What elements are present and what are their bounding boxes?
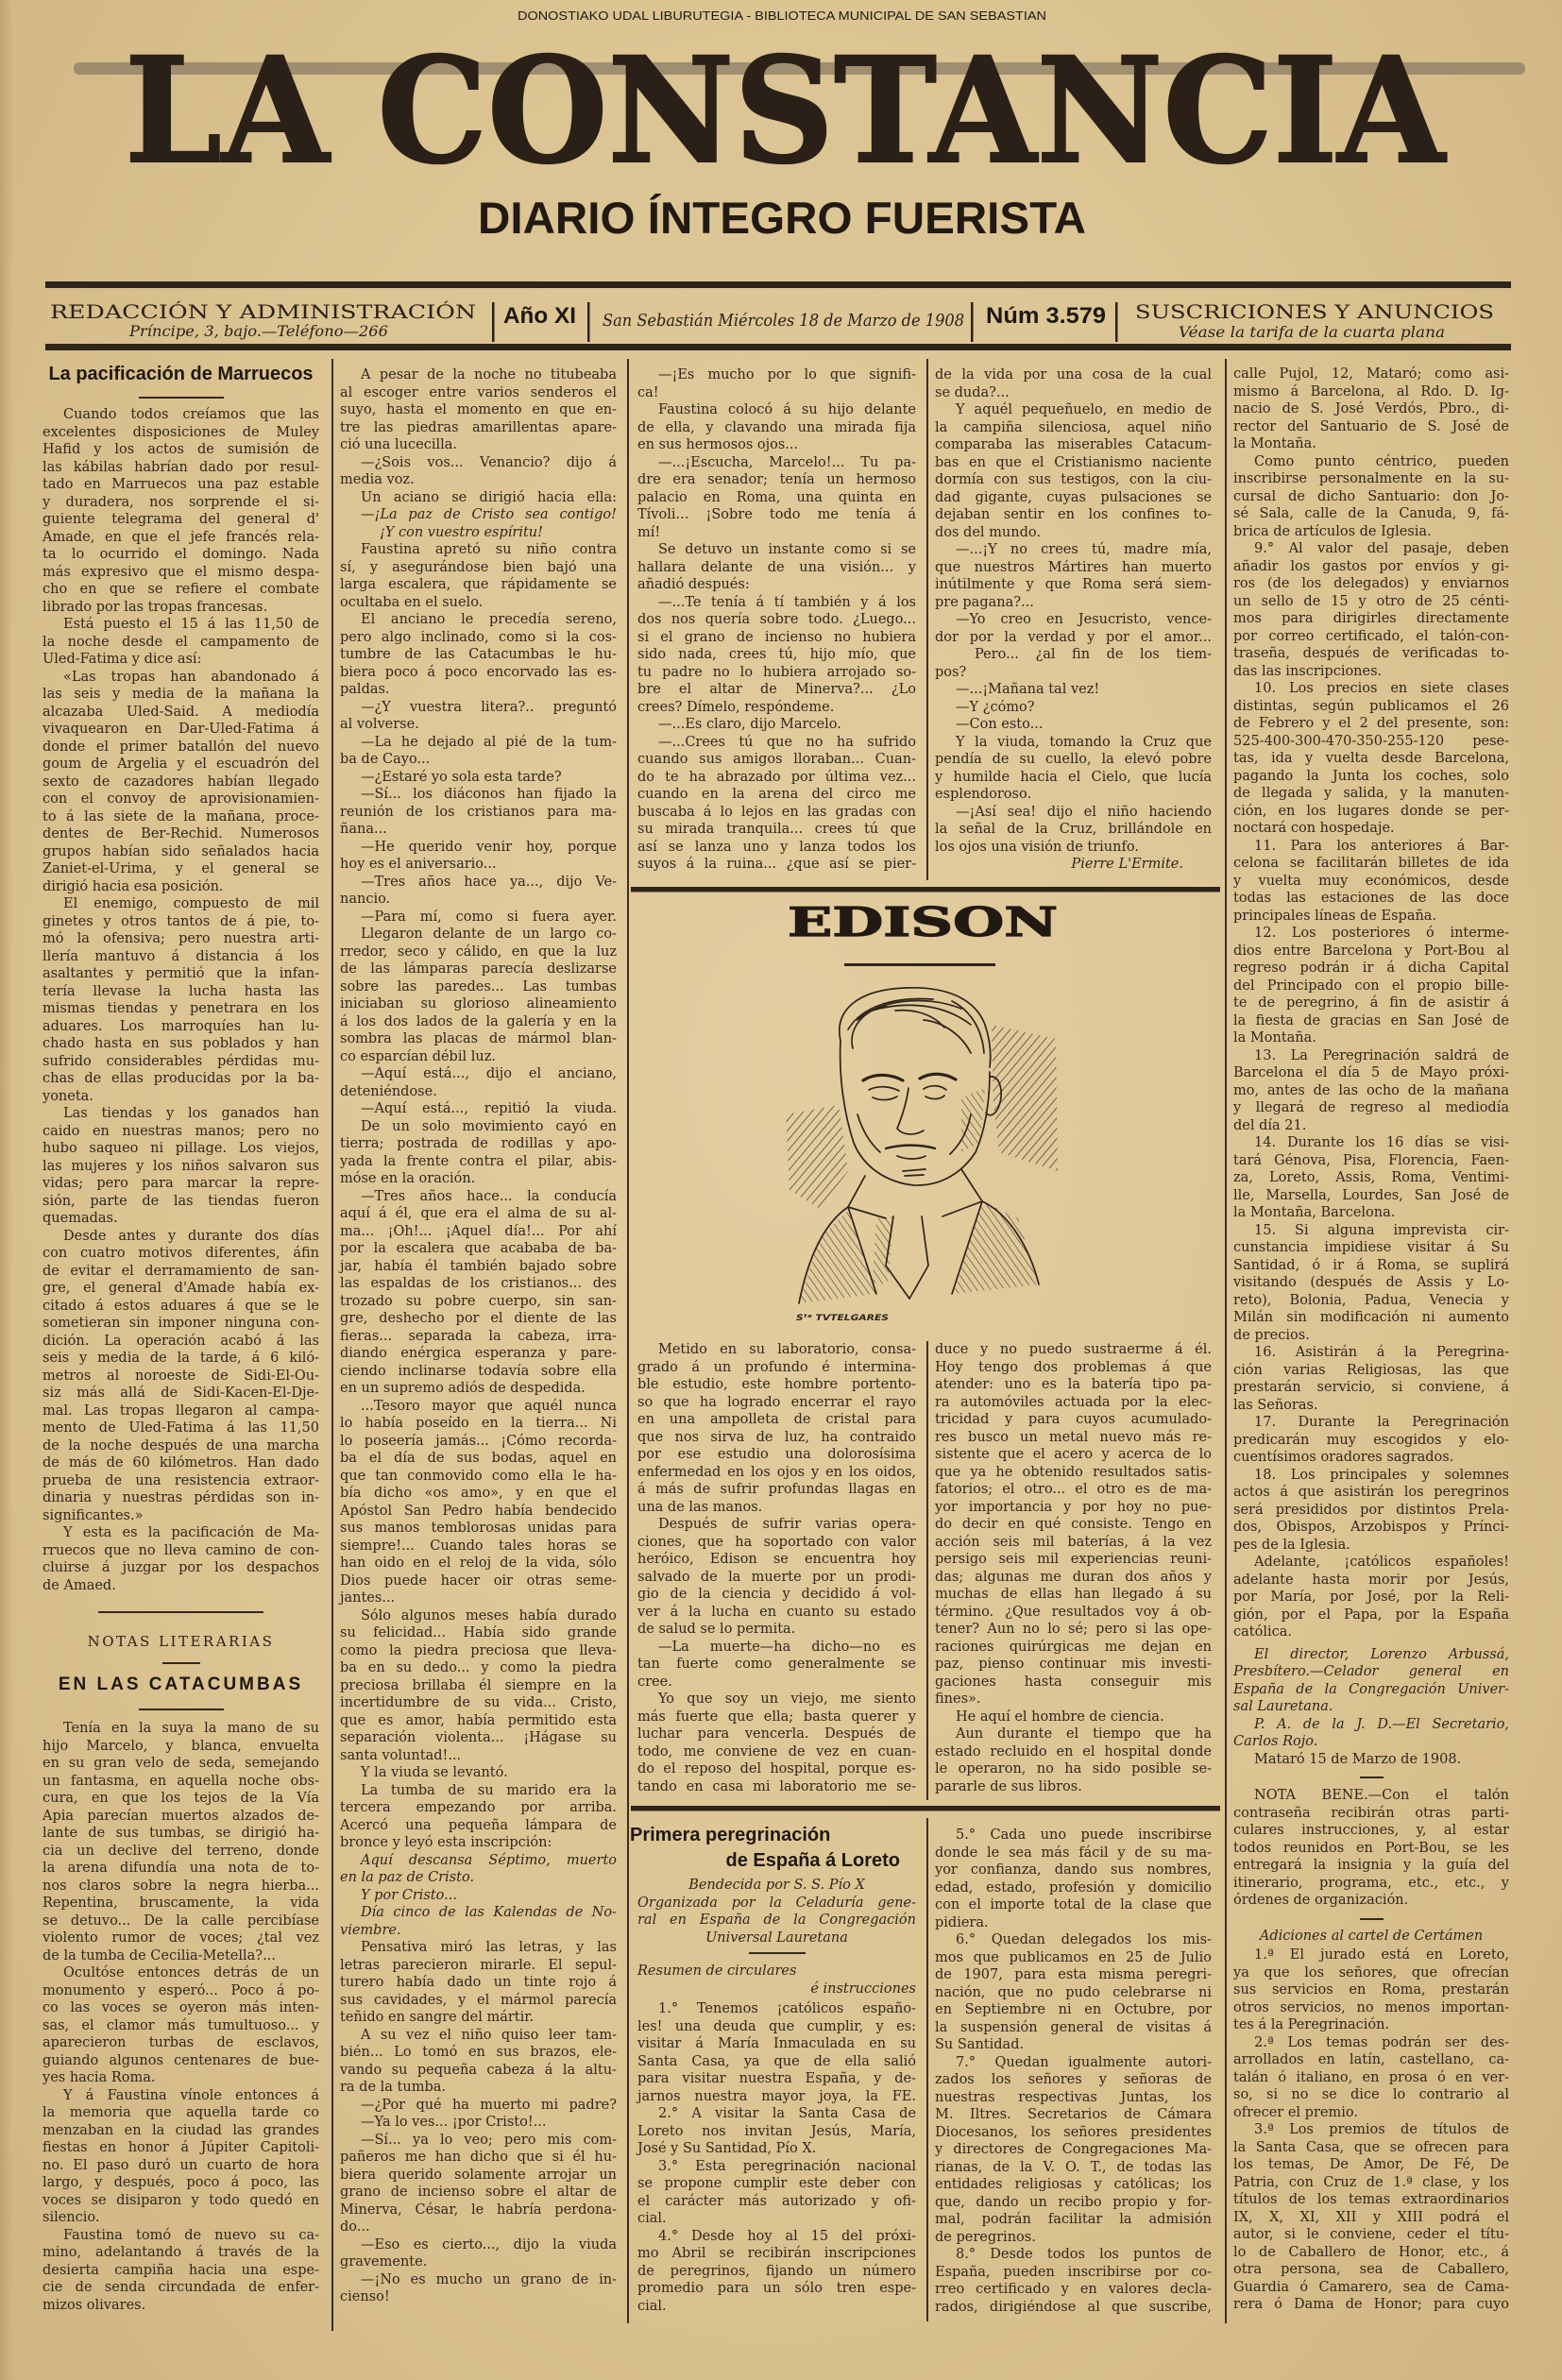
text-line: suyos á la ruina... ¿que así se pier- bbox=[637, 856, 916, 874]
text-line: co esparcían débil luz. bbox=[340, 1048, 617, 1066]
text-line: M. Iltres. Secretarios de Cámara bbox=[935, 2106, 1212, 2124]
column-1: La pacificación de MarruecosCuando todos… bbox=[42, 363, 319, 2314]
text-line: itinerario, programa, etc., etc., y bbox=[1233, 1875, 1509, 1893]
spacer bbox=[42, 1651, 319, 1662]
text-line: la señal de la Cruz, brillándole en bbox=[935, 821, 1212, 839]
text-line: do te ha abrazado por última vez... bbox=[637, 769, 916, 787]
text-line: —Con esto... bbox=[935, 716, 1212, 734]
text-line: yoneta. bbox=[42, 1088, 319, 1106]
text-line: —Aquí está..., dijo el anciano, bbox=[340, 1065, 617, 1083]
text-line: José y Su Santidad, Pío X. bbox=[637, 2140, 916, 2158]
text-line: atender: uno es la batería tipo pa- bbox=[935, 1376, 1212, 1394]
text-line: cuando sus amigos lloraban... Cuan- bbox=[637, 751, 916, 769]
text-line: dinaria y nuestras pérdidas son in- bbox=[42, 1489, 319, 1507]
text-line: fiestas en honor á Júpiter Capitoli- bbox=[42, 2139, 319, 2157]
text-line: Minerva, César, le habría perdona- bbox=[340, 2201, 617, 2219]
text-line: sido nada, crees tú, hijo mío, que bbox=[637, 646, 916, 664]
text-line: tes á la Peregrinación. bbox=[1233, 2016, 1509, 2034]
text-line: comparaba las miserables Catacum- bbox=[935, 436, 1212, 454]
text-line: ginetes y otros tantos de á pie, to- bbox=[42, 913, 319, 931]
text-line: chado hasta en sus poblados y han bbox=[42, 1035, 319, 1053]
text-line: El enemigo, compuesto de mil bbox=[42, 895, 319, 913]
text-line: aquí á él, que era el alma de su al- bbox=[340, 1205, 617, 1223]
spacer bbox=[42, 1697, 319, 1708]
text-line: dos, Obispos, Arzobispos y Prínci- bbox=[1233, 1519, 1509, 1537]
text-line: Y la viuda se levantó. bbox=[340, 1764, 617, 1782]
text-line: —...¡Y no crees tú, madre mía, bbox=[935, 541, 1212, 559]
headline: EN LAS CATACUMBAS bbox=[42, 1673, 319, 1697]
text-line: las seis y media de la mañana la bbox=[42, 686, 319, 704]
text-line: la memoria que aquella tarde co bbox=[42, 2104, 319, 2122]
text-line: las mujeres y los niños salvaron sus bbox=[42, 1158, 319, 1176]
text-line: ver á la lucha en cuanto su estado bbox=[637, 1604, 916, 1622]
text-line: dentes de Ber-Rechid. Numerosos bbox=[42, 825, 319, 843]
text-line: tando en casa mi laboratorio me se- bbox=[637, 1778, 916, 1796]
text-line: persigo seis mil experiencias reuni- bbox=[935, 1551, 1212, 1569]
text-line: za, Loreto, Assis, Roma, Ventimi- bbox=[1233, 1169, 1509, 1187]
text-line: Aquí descansa Séptimo, muerto bbox=[340, 1852, 617, 1870]
text-line: crees? Dímelo, respóndeme. bbox=[637, 699, 916, 717]
text-line: cursal de dicho Santuario: don Jo- bbox=[1233, 488, 1509, 506]
text-line: 12. Los posteriores ó interme- bbox=[1233, 925, 1509, 943]
text-line: dios entre Barcelona y Port-Bou al bbox=[1233, 943, 1509, 960]
text-line: pes de la Iglesia. bbox=[1233, 1537, 1509, 1555]
text-line: la Montaña. bbox=[1233, 435, 1509, 453]
text-line: teñido en sangre del mártir. bbox=[340, 2009, 617, 2027]
text-line: nancio. bbox=[340, 891, 617, 909]
text-line: Apóstol San Pedro había bendecido bbox=[340, 1503, 617, 1521]
text-line: se detuvo... De la calle percibíase bbox=[42, 1912, 319, 1930]
text-line: culares instrucciones, y, al estar bbox=[1233, 1822, 1509, 1840]
text-line: goum de Argelia y el escuadrón del bbox=[42, 756, 319, 773]
text-line: la campiña silenciosa, aquel niño bbox=[935, 419, 1212, 437]
text-line: mismo á Barcelona, al Rdo. D. Ig- bbox=[1233, 383, 1509, 401]
text-line: Sólo algunos meses había durado bbox=[340, 1607, 617, 1625]
text-line: Pero... ¿al fin de los tiem- bbox=[935, 646, 1212, 664]
text-line: paldas. bbox=[340, 681, 617, 699]
text-line: pos? bbox=[935, 664, 1212, 682]
text-line: 18. Los principales y solemnes bbox=[1233, 1467, 1509, 1485]
text-line: reunión de los cristianos para ma- bbox=[340, 804, 617, 822]
text-line: si el grano de incienso no hubiera bbox=[637, 629, 916, 647]
header-bottom-rule bbox=[45, 344, 1511, 350]
text-line: actos á que asistirán los peregrinos bbox=[1233, 1484, 1509, 1502]
text-line: yor importancia y por hoy no pue- bbox=[935, 1499, 1212, 1517]
text-line: 11. Para los anteriores á Bar- bbox=[1233, 838, 1509, 856]
text-line: sal Lauretana. bbox=[1233, 1698, 1509, 1716]
text-line: Acercó una pequeña lámpara de bbox=[340, 1817, 617, 1835]
text-line: un fantasma, en aquella noche obs- bbox=[42, 1773, 319, 1791]
text-line: gravemente. bbox=[340, 2253, 617, 2271]
text-line: largo, y después, poco á poco, las bbox=[42, 2174, 319, 2192]
text-line: de la tumba de Cecilia-Metella?... bbox=[42, 1947, 319, 1965]
text-line: salvado de la muerte por un prodi- bbox=[637, 1569, 916, 1587]
text-line: dor por la verdad y por el amor... bbox=[935, 629, 1212, 647]
text-line: cree. bbox=[637, 1674, 916, 1691]
text-line: calle Pujol, 12, Mataró; como asi- bbox=[1233, 365, 1509, 383]
text-line: muchas de ellas han llegado á su bbox=[935, 1586, 1212, 1604]
text-line: cienso! bbox=[340, 2288, 617, 2306]
text-line: ocultaba en el suelo. bbox=[340, 594, 617, 612]
text-line: santa voluntad!... bbox=[340, 1747, 617, 1765]
text-line: 2.ª Los temas podrán ser des- bbox=[1233, 2034, 1509, 2052]
text-line: cial. bbox=[637, 2298, 916, 2316]
text-line: Y la viuda, tomando la Cruz que bbox=[935, 734, 1212, 752]
text-line: su felicidad... Había sido grande bbox=[340, 1624, 617, 1642]
text-line: deteniéndose. bbox=[340, 1083, 617, 1101]
text-line: Repentina, bruscamente, la vida bbox=[42, 1895, 319, 1912]
text-line: Carlos Rojo. bbox=[1233, 1733, 1509, 1751]
text-line: ble estudio, este hombre portento- bbox=[637, 1376, 916, 1394]
text-line: para visitar nuestra España, y de- bbox=[637, 2070, 916, 2088]
office-label: REDACCIÓN Y ADMINISTRACIÓN bbox=[50, 299, 476, 323]
text-line: les! una deuda que cumplir, y es: bbox=[637, 2018, 916, 2036]
text-line: Santa Casa, ya que de ella salió bbox=[637, 2053, 916, 2071]
text-line: do... bbox=[340, 2218, 617, 2236]
text-line: dejaban sentir en los confines to- bbox=[935, 506, 1212, 524]
text-line: 3.ª Los premios de títulos de bbox=[1233, 2121, 1509, 2139]
text-line: —¡Es mucho por lo que signifi- bbox=[637, 366, 916, 384]
text-line: mal. Las tropas llegaron al campa- bbox=[42, 1402, 319, 1420]
text-line: al escoger entre varios senderos el bbox=[340, 384, 617, 402]
text-line: como la piedra preciosa que lleva- bbox=[340, 1642, 617, 1660]
text-line: Y aquél pequeñuelo, en medio de bbox=[935, 401, 1212, 419]
text-line: el carácter más autorizado y ofi- bbox=[637, 2193, 916, 2211]
text-line: te de peregrino, á fin de asistir á bbox=[1233, 994, 1509, 1012]
text-line: —...¡Mañana tal vez! bbox=[935, 681, 1212, 699]
text-line: de precios. bbox=[1233, 1327, 1509, 1345]
text-line: Loreto nos invitan Jesús, María, bbox=[637, 2123, 916, 2141]
text-line: en Septiembre ni en Octubre, por bbox=[935, 2001, 1212, 2019]
text-line: católica. bbox=[1233, 1623, 1509, 1641]
text-line: cluirse á juzgar por los despachos bbox=[42, 1559, 319, 1577]
text-line: bre el altar de Minerva?... ¿Lo bbox=[637, 681, 916, 699]
text-line: mo, antes de las ocho de la mañana bbox=[1233, 1082, 1509, 1100]
text-line: das las inscripciones. bbox=[1233, 663, 1509, 681]
text-line: pagando la Junta los coches, solo bbox=[1233, 768, 1509, 786]
text-line: los temas, De Amor, De Fé, De bbox=[1233, 2156, 1509, 2174]
text-line: iniciaban su glorioso alineamiento bbox=[340, 995, 617, 1013]
text-line: suyo, hasta el momento en que en- bbox=[340, 401, 617, 419]
column-3-bottom: Primera peregrinaciónde España á LoretoB… bbox=[637, 1824, 916, 2315]
text-line: Barcelona el día 5 de Mayo próxi- bbox=[1233, 1064, 1509, 1082]
text-line: enfermedad en los ojos y en los oidos, bbox=[637, 1464, 916, 1482]
text-line: órdenes de organización. bbox=[1233, 1892, 1509, 1910]
text-line: rera ó Dama de Honor; para cuyo bbox=[1233, 2296, 1509, 2314]
text-line: Milán sin modificación ni aumento bbox=[1233, 1309, 1509, 1327]
text-line: El anciano le precedía sereno, bbox=[340, 611, 617, 629]
text-line: sometieran sin imponer ninguna con- bbox=[42, 1315, 319, 1333]
text-line: acción seis mil baterías, á la vez bbox=[935, 1534, 1212, 1552]
text-line: los ojos una visión de triunfo. bbox=[935, 839, 1212, 857]
text-line: dición. La operación acabó á las bbox=[42, 1333, 319, 1351]
text-line: Dios puede hacer oir otras seme- bbox=[340, 1572, 617, 1590]
text-line: distintas, según publicamos el 26 bbox=[1233, 698, 1509, 716]
text-line: El director, Lorenzo Arbussá, bbox=[1233, 1646, 1509, 1664]
text-line: fatorios; el otro... el otro es de ma- bbox=[935, 1481, 1212, 1499]
text-line: y llegará de regreso al mediodía bbox=[1233, 1099, 1509, 1117]
text-line: aduares. Los marroquíes han lu- bbox=[42, 1018, 319, 1036]
text-line: Está puesto el 15 á las 11,50 de bbox=[42, 616, 319, 634]
text-line: ñana... bbox=[340, 821, 617, 839]
text-line: 8.° Desde todos los puntos de bbox=[935, 2246, 1212, 2264]
text-line: Cuando todos creíamos que las bbox=[42, 406, 319, 424]
text-line: la Montaña. bbox=[1233, 1029, 1509, 1047]
text-line: ma... ¡Oh!... ¡Aquel día!... Por ahí bbox=[340, 1223, 617, 1241]
text-line: 6.° Quedan delegados los mis- bbox=[935, 1931, 1212, 1949]
text-line: que tan conmovido como ella le ha- bbox=[340, 1468, 617, 1486]
text-line: de peregrinos. bbox=[935, 2229, 1212, 2247]
text-line: 16. Asistirán á la Peregrina- bbox=[1233, 1344, 1509, 1362]
text-line: España, pueden inscribirse por co- bbox=[935, 2264, 1212, 2282]
text-line: ros (de los delegados) y enviarnos bbox=[1233, 575, 1509, 593]
text-line: 14. Durante los 16 días se visi- bbox=[1233, 1134, 1509, 1152]
text-line: nuestras respectivas Juntas, los bbox=[935, 2089, 1212, 2107]
text-line: mí! bbox=[637, 524, 916, 542]
info-divider bbox=[492, 302, 495, 342]
text-line: las Señoras. bbox=[1233, 1397, 1509, 1415]
text-line: prestarán servicio, si conviene, á bbox=[1233, 1379, 1509, 1397]
text-line: sión, parte de las tiendas fueron bbox=[42, 1193, 319, 1211]
edison-heading: EDISON bbox=[631, 892, 1220, 977]
text-line: luchar para vencerla. Después de bbox=[637, 1725, 916, 1743]
text-line: de Amaed. bbox=[42, 1577, 319, 1595]
text-line: entidades religiosas y católicas; los bbox=[935, 2176, 1212, 2194]
spacer bbox=[42, 1594, 319, 1611]
text-line: bronce y leyó esta inscripción: bbox=[340, 1834, 617, 1852]
spacer bbox=[42, 1613, 319, 1632]
text-line: 17. Durante la Peregrinación bbox=[1233, 1414, 1509, 1432]
subscriptions-label: SUSCRICIONES Y ANUNCIOS bbox=[1135, 300, 1494, 323]
text-line: Y esta es la pacificación de Ma- bbox=[42, 1524, 319, 1542]
text-line: 7.° Quedan igualmente autori- bbox=[935, 2054, 1212, 2072]
text-line: fines». bbox=[935, 1691, 1212, 1708]
text-line: 525-400-300-470-350-255-120 pese- bbox=[1233, 733, 1509, 751]
column-3-edison: Metido en su laboratorio, consa-grado á … bbox=[637, 1341, 916, 1795]
column-2: A pesar de la noche no titubeabaal escog… bbox=[340, 366, 617, 2306]
text-line: ya que los señores, que ofrecían bbox=[1233, 1964, 1509, 1982]
text-line: móse en la oración. bbox=[340, 1170, 617, 1188]
text-line: nos claros sobre la negra hierba... bbox=[42, 1878, 319, 1895]
info-divider bbox=[587, 302, 590, 342]
column-4-bottom: 5.° Cada uno puede inscribirsedonde le s… bbox=[935, 1827, 1212, 2316]
text-line: Faustina apretó su niño contra bbox=[340, 541, 617, 559]
text-line: tería llevase la lucha hasta las bbox=[42, 983, 319, 1001]
text-line: todos reunidos en Port-Bou, se les bbox=[1233, 1840, 1509, 1858]
text-line: heróico, Edison se encuentra hoy bbox=[637, 1551, 916, 1569]
column-5: calle Pujol, 12, Mataró; como asi-mismo … bbox=[1233, 365, 1509, 2314]
text-line: rruecos que no lleva camino de con- bbox=[42, 1542, 319, 1560]
text-line: violento rumor de voces; ¿tal vez bbox=[42, 1929, 319, 1947]
text-line: brica de artículos de Iglesia. bbox=[1233, 523, 1509, 541]
text-line: yes hacia Roma. bbox=[42, 2069, 319, 2087]
edison-headline: EDISON bbox=[788, 899, 1058, 945]
text-line: del Principado con el propio bille- bbox=[1233, 977, 1509, 995]
text-line: yada la frente contra el pilar, abis- bbox=[340, 1153, 617, 1171]
text-line: principales líneas de España. bbox=[1233, 908, 1509, 926]
text-line: adelante hasta morir por Jesús, bbox=[1233, 1572, 1509, 1589]
text-line: la Montaña, Barcelona. bbox=[1233, 1204, 1509, 1222]
text-line: paz, pienso continuar mis investi- bbox=[935, 1656, 1212, 1674]
text-line: edad, estado, profesión y domicilio bbox=[935, 1879, 1212, 1897]
text-line: y vuelta muy económicos, desde bbox=[1233, 873, 1509, 891]
text-line: incertidumbre de su vida... Cristo, bbox=[340, 1694, 617, 1712]
text-line: desierta campiña hacia una espe- bbox=[42, 2262, 319, 2280]
text-line: He aquí el hombre de ciencia. bbox=[935, 1708, 1212, 1726]
rates-note: Véase la tarifa de la cuarta plana bbox=[1179, 323, 1445, 341]
text-line: —¿Por qué ha muerto mi padre? bbox=[340, 2097, 617, 2115]
text-line: —La he dejado al pié de la tum- bbox=[340, 734, 617, 752]
text-line: —Ya lo ves... ¡por Cristo!... bbox=[340, 2114, 617, 2132]
text-line: —...Te tenía á tí también y á los bbox=[637, 594, 916, 612]
text-line: la suspensión general de visitas á bbox=[935, 2019, 1212, 2037]
text-line: que es amor, había permitido esta bbox=[340, 1712, 617, 1730]
text-line: Universal Lauretana bbox=[637, 1929, 916, 1947]
column-rule bbox=[1225, 359, 1227, 2323]
text-line: 13. La Peregrinación saldrá de bbox=[1233, 1047, 1509, 1065]
text-line: siz más allá de Sidi-Kacen-El-Dje- bbox=[42, 1385, 319, 1402]
text-line: visitar á María Inmaculada en su bbox=[637, 2035, 916, 2053]
text-line: cuando en la arena del circo me bbox=[637, 786, 916, 804]
text-line: —¡La paz de Cristo sea contigo! bbox=[340, 506, 617, 524]
text-line: noctará con hospedaje. bbox=[1233, 820, 1509, 838]
text-line: se duda?... bbox=[935, 384, 1212, 402]
text-line: Faustina tomó de nuevo su ca- bbox=[42, 2227, 319, 2245]
text-line: mizos olivares. bbox=[42, 2297, 319, 2315]
text-line: mal, podrán facilitar la admisión bbox=[935, 2211, 1212, 2229]
text-line: gio de la ciencia y decidido á vol- bbox=[637, 1586, 916, 1604]
text-line: tierra; postrada de rodillas y apo- bbox=[340, 1135, 617, 1153]
text-line: prueba de una resistencia extraor- bbox=[42, 1472, 319, 1490]
text-line: arrollados en latín, castellano, ca- bbox=[1233, 2051, 1509, 2069]
text-line: 3.° Esta peregrinación nacional bbox=[637, 2158, 916, 2176]
text-line: do decir en qué consiste. Tengo en bbox=[935, 1516, 1212, 1534]
headline-underline bbox=[844, 963, 995, 966]
text-line: 4.° Desde hoy al 15 del próxi- bbox=[637, 2228, 916, 2246]
text-line: zados los señores y señoras de bbox=[935, 2071, 1212, 2089]
text-line: raciones quirúrgicas me dejan en bbox=[935, 1639, 1212, 1657]
info-divider bbox=[1115, 302, 1118, 342]
text-line: lo de Caballero de Honor, etc., á bbox=[1233, 2244, 1509, 2262]
text-line: sé Sala, calle de la Canuda, 9, fá- bbox=[1233, 505, 1509, 523]
text-line: sas, el clamor más tumultuoso... y bbox=[42, 2017, 319, 2035]
text-line: Llegaron delante de un largo co- bbox=[340, 926, 617, 943]
text-line: bía dicho «os amo», y en que el bbox=[340, 1485, 617, 1503]
headline: de España á Loreto bbox=[637, 1848, 916, 1873]
text-line: Un aciano se dirigió hacia ella: bbox=[340, 489, 617, 507]
text-line: 5.° Cada uno puede inscribirse bbox=[935, 1827, 1212, 1844]
text-line: 1.° Tenemos ¡católicos españo- bbox=[637, 2000, 916, 2018]
text-line: ta lo ocurrido el domingo. Nada bbox=[42, 546, 319, 564]
text-line: por María, por José, por la Reli- bbox=[1233, 1589, 1509, 1606]
column-rule bbox=[926, 1341, 928, 1800]
column-rule bbox=[331, 359, 333, 2331]
text-line: con el importe total de la clase que bbox=[935, 1896, 1212, 1914]
text-line: nación, que no pudo celebrarse ni bbox=[935, 1984, 1212, 2002]
text-line: gión, por el Papa, por la España bbox=[1233, 1606, 1509, 1624]
text-line: Guardia ó Camarero, sea de Cama- bbox=[1233, 2279, 1509, 2297]
text-line: IX, X, XI, XII y XIII podrá el bbox=[1233, 2209, 1509, 2227]
spacer bbox=[637, 1954, 916, 1963]
text-line: significantes.» bbox=[42, 1507, 319, 1525]
text-line: Día cinco de las Kalendas de No- bbox=[340, 1904, 617, 1922]
text-line: seis y media de la tarde, á 6 kiló- bbox=[42, 1350, 319, 1368]
text-line: metros al noroeste de Sidi-El-Ou- bbox=[42, 1368, 319, 1385]
text-line: excelentes disposiciones de Muley bbox=[42, 424, 319, 442]
text-line: hoy es el aniversario... bbox=[340, 856, 617, 874]
text-line: mo Abril se recibirán inscripciones bbox=[637, 2245, 916, 2263]
text-line: grano de incienso sobre el altar de bbox=[340, 2184, 617, 2201]
text-line: Faustina colocó á su hijo delante bbox=[637, 401, 916, 419]
text-line: otros servicios, no menos importan- bbox=[1233, 1999, 1509, 2017]
text-line: hallara delante de una visión... y bbox=[637, 559, 916, 577]
text-line: biera poco á poco encorvado las es- bbox=[340, 664, 617, 682]
text-line: Pensativa miró las letras, y las bbox=[340, 1939, 617, 1957]
text-line: La tumba de su marido era la bbox=[340, 1782, 617, 1800]
text-line: sufrido considerables pérdidas mu- bbox=[42, 1053, 319, 1071]
text-line: lle, Marsella, Lourdes, San José de bbox=[1233, 1187, 1509, 1205]
text-line: —Yo creo en Jesucristo, vence- bbox=[935, 611, 1212, 629]
text-line: duce y no puedo sustraerme á él. bbox=[935, 1341, 1212, 1359]
text-line: —...¡Escucha, Marcelo!... Tu pa- bbox=[637, 454, 916, 472]
text-line: no. El paso duró un cuarto de hora bbox=[42, 2157, 319, 2175]
text-line: —¡Así sea! dijo el niño haciendo bbox=[935, 804, 1212, 822]
text-line: de evitar el derramamiento de san- bbox=[42, 1263, 319, 1281]
text-line: jar, había él también bajado sobre bbox=[340, 1258, 617, 1276]
text-line: autor, si le conviene, ceder el títu- bbox=[1233, 2226, 1509, 2244]
text-line: «Las tropas han abandonado á bbox=[42, 669, 319, 687]
spacer bbox=[1233, 1920, 1509, 1928]
text-line: cie de senda circundada de enfer- bbox=[42, 2279, 319, 2297]
text-line: rector del Santuario de S. José de bbox=[1233, 418, 1509, 436]
text-line: y humilde hacia el Cielo, que lucía bbox=[935, 769, 1212, 787]
text-line: Su Santidad. bbox=[935, 2036, 1212, 2054]
text-line: títulos de los temas extraordinarios bbox=[1233, 2191, 1509, 2209]
header-top-rule bbox=[45, 281, 1511, 288]
text-line: por la escalera que acababa de ba- bbox=[340, 1240, 617, 1258]
text-line: 10. Los precios en siete clases bbox=[1233, 680, 1509, 698]
text-line: cuentísimos oradores sagrados. bbox=[1233, 1449, 1509, 1467]
text-line: esplendoroso. bbox=[935, 786, 1212, 804]
text-line: —¿Estaré yo sola esta tarde? bbox=[340, 769, 617, 787]
text-line: otra persona, sea de Caballero, bbox=[1233, 2261, 1509, 2279]
text-line: ofrecer el premio. bbox=[1233, 2104, 1509, 2122]
text-line: voces se disiparon y todo quedó en bbox=[42, 2192, 319, 2210]
issue-number: Núm 3.579 bbox=[986, 303, 1106, 329]
text-line: sus cavidades, y el mármol parecía bbox=[340, 1992, 617, 2010]
text-line: P. A. de la J. D.—El Secretario, bbox=[1233, 1716, 1509, 1734]
text-line: sombra las placas de mármol blan- bbox=[340, 1030, 617, 1048]
text-line: nacio de S. José Verdós, Pbro., di- bbox=[1233, 400, 1509, 418]
text-line: todas las estaciones de las doce bbox=[1233, 890, 1509, 908]
text-line: tu padre no lo hubiera arrojado so- bbox=[637, 664, 916, 682]
text-line: las espaldas de los cristianos... des bbox=[340, 1275, 617, 1293]
text-line: —La muerte—ha dicho—no es bbox=[637, 1639, 916, 1657]
text-line: bas en que el Cristianismo naciente bbox=[935, 454, 1212, 472]
text-line: en su gran velo de seda, semejando bbox=[42, 1755, 319, 1773]
text-line: pero algo inclinado, como si la cos- bbox=[340, 629, 617, 647]
text-line: De un solo movimiento cayó en bbox=[340, 1118, 617, 1136]
text-line: gre, deshecho por el diente de las bbox=[340, 1310, 617, 1328]
text-line: del día 21. bbox=[1233, 1117, 1509, 1135]
text-line: ciendo inclinarse todavía sobre ella bbox=[340, 1363, 617, 1381]
text-line: de peregrinos, fijando un número bbox=[637, 2263, 916, 2281]
text-line: ra automóviles actuada por la elec- bbox=[935, 1394, 1212, 1412]
text-line: sus servicios en Roma, prestarán bbox=[1233, 1981, 1509, 1999]
text-line: vidas; pero para marcar la repre- bbox=[42, 1175, 319, 1193]
text-line: gaciones hasta conseguir mis bbox=[935, 1674, 1212, 1691]
text-line: A su vez el niño quiso leer tam- bbox=[340, 2027, 617, 2045]
